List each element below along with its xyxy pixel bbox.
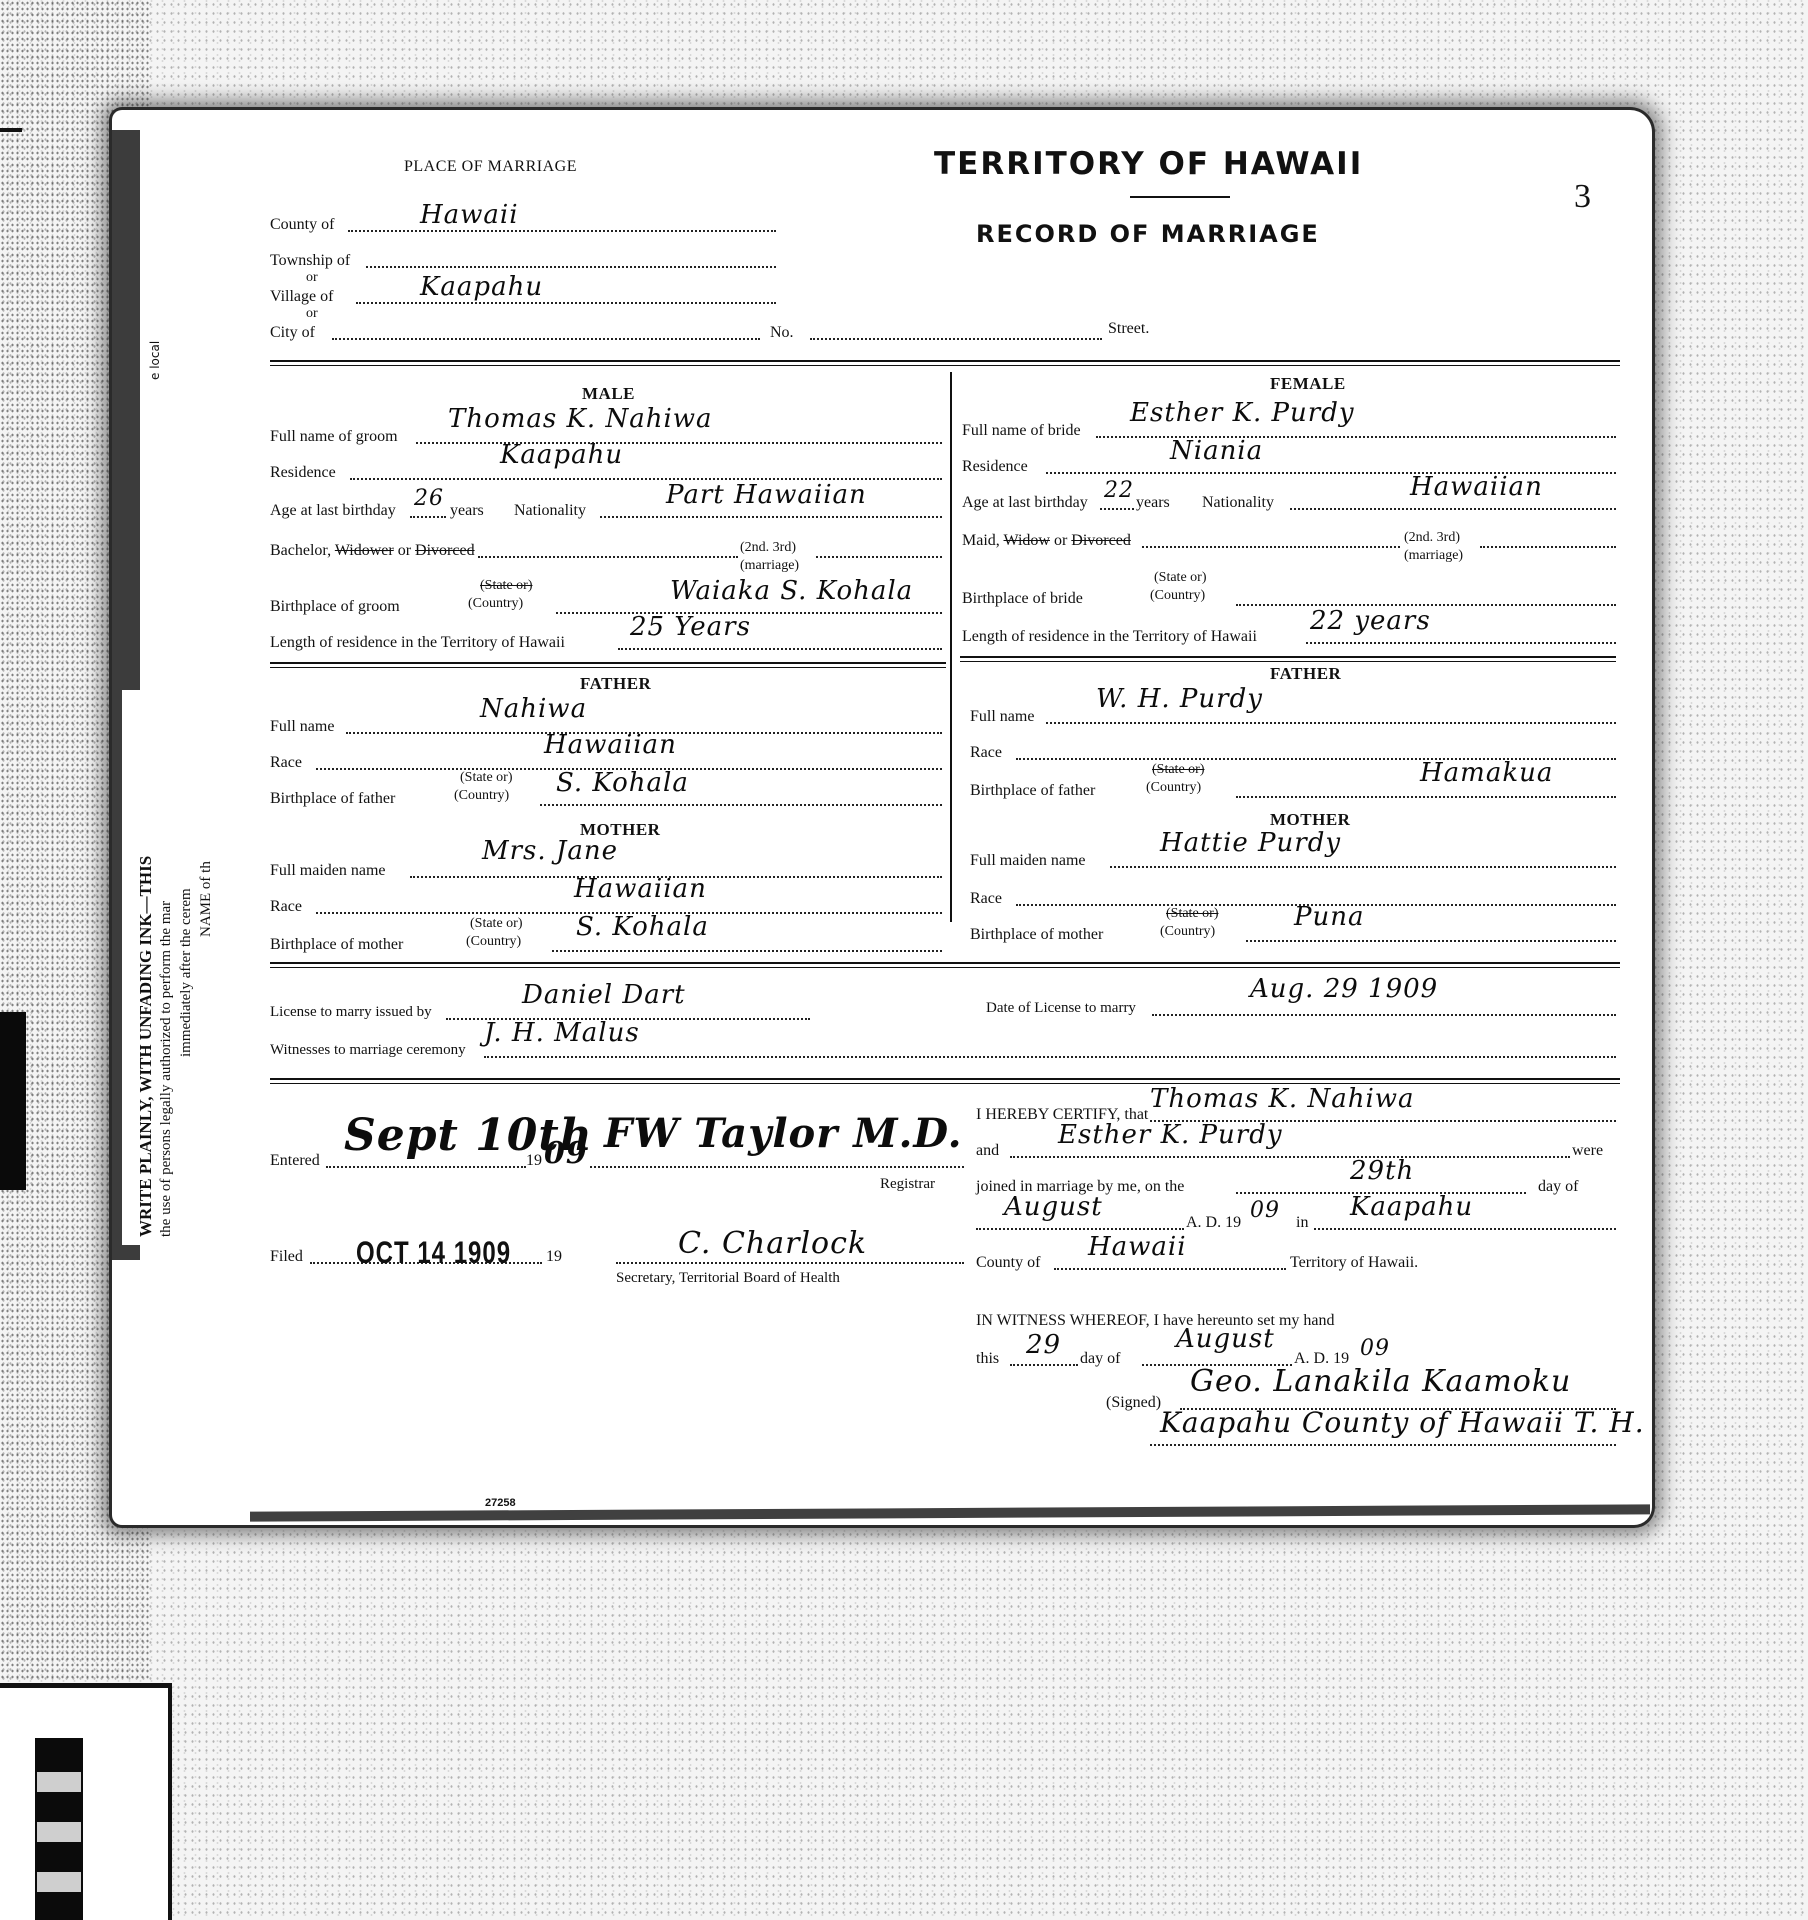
or-label: or (306, 270, 318, 286)
groom-mother-race-value: Hawaiian (574, 874, 707, 904)
section-divider (270, 662, 946, 668)
groom-age-value: 26 (414, 486, 444, 511)
witnesses-value: J. H. Malus (484, 1018, 640, 1048)
bride-father-heading: FATHER (1270, 664, 1341, 684)
margin-fragment: e local (148, 330, 168, 390)
witness-year-value: 09 (1360, 1336, 1390, 1361)
in-label: in (1296, 1214, 1308, 1232)
male-heading: MALE (582, 384, 635, 404)
groom-residence-length-line (618, 646, 942, 650)
witness-month-value: August (1176, 1324, 1275, 1354)
bride-father-race-label: Race (970, 744, 1002, 762)
bride-father-name-value: W. H. Purdy (1096, 684, 1263, 714)
secretary-signature: C. Charlock (678, 1226, 867, 1261)
bride-father-name-label: Full name (970, 708, 1034, 726)
bride-nationality-value: Hawaiian (1410, 472, 1543, 502)
bride-residence-length-value: 22 years (1310, 606, 1431, 636)
calibration-target (0, 1683, 172, 1920)
female-heading: FEMALE (1270, 374, 1346, 394)
marriage-order-line (816, 554, 942, 558)
gray-scale-swatch (35, 1738, 83, 1920)
certify-place-line (1314, 1226, 1616, 1230)
were-label: were (1572, 1142, 1603, 1160)
bride-residence-length-line (1306, 640, 1616, 644)
witness-day-value: 29 (1026, 1330, 1061, 1360)
marriage-label: (marriage) (740, 558, 799, 574)
country-label: (Country) (1160, 924, 1215, 940)
document-subtitle: RECORD OF MARRIAGE (976, 220, 1320, 248)
groom-name-label: Full name of groom (270, 428, 398, 446)
secretary-label: Secretary, Territorial Board of Health (616, 1270, 840, 1287)
bride-name-label: Full name of bride (962, 422, 1081, 440)
in-witness-label: IN WITNESS WHEREOF, I have hereunto set … (976, 1312, 1335, 1330)
state-or-label: (State or) (1154, 570, 1206, 586)
village-label: Village of (270, 288, 333, 306)
license-issuer-value: Daniel Dart (522, 980, 686, 1010)
years-label: years (450, 502, 484, 520)
street-label: Street. (1108, 320, 1149, 338)
bride-father-birthplace-value: Hamakua (1420, 758, 1553, 788)
groom-father-heading: FATHER (580, 674, 651, 694)
side-notice-line: the use of persons legally authorized to… (156, 682, 176, 1237)
state-or-label: (State or) (1166, 906, 1218, 922)
registrar-label: Registrar (880, 1176, 935, 1193)
bride-birthplace-label: Birthplace of bride (962, 590, 1083, 608)
certify-day-value: 29th (1350, 1156, 1414, 1186)
groom-father-name-label: Full name (270, 718, 334, 736)
groom-father-birthplace-label: Birthplace of father (270, 790, 395, 808)
country-label: (Country) (1150, 588, 1205, 604)
witness-day-line (1010, 1362, 1078, 1366)
groom-residence-length-label: Length of residence in the Territory of … (270, 634, 565, 652)
bride-mother-name-line (1110, 864, 1616, 868)
serial-number: 27258 (485, 1497, 516, 1509)
officiant-place: Kaapahu County of Hawaii T. H. (1160, 1406, 1645, 1439)
groom-mother-name-label: Full maiden name (270, 862, 386, 880)
this-label: this (976, 1350, 999, 1368)
officiant-place-line (1150, 1442, 1616, 1446)
license-date-value: Aug. 29 1909 (1250, 974, 1438, 1004)
officiant-signature: Geo. Lanakila Kaamoku (1190, 1364, 1571, 1399)
license-date-line (1152, 1012, 1616, 1016)
years-label: years (1136, 494, 1170, 512)
groom-age-line (410, 514, 446, 518)
swatch-band (37, 1822, 81, 1842)
scan-edge-mark (0, 128, 22, 132)
marriage-order-label: (2nd. 3rd) (1404, 530, 1460, 546)
groom-mother-birthplace-label: Birthplace of mother (270, 936, 403, 954)
bride-mother-birthplace-label: Birthplace of mother (970, 926, 1103, 944)
bride-mother-birthplace-value: Puna (1294, 902, 1365, 932)
witnesses-label: Witnesses to marriage ceremony (270, 1042, 466, 1059)
certify-county-line (1054, 1266, 1286, 1270)
scan-black-tab (0, 1012, 26, 1190)
bride-residence-label: Residence (962, 458, 1028, 476)
certify-county-label: County of (976, 1254, 1040, 1272)
number-field-line (810, 336, 1102, 340)
day-of-label: day of (1538, 1178, 1578, 1196)
bride-nationality-label: Nationality (1202, 494, 1274, 512)
groom-status-line (478, 554, 738, 558)
and-label: and (976, 1142, 999, 1160)
state-or-label: (State or) (480, 578, 532, 594)
groom-father-race-label: Race (270, 754, 302, 772)
territory-label: Territory of Hawaii. (1290, 1254, 1418, 1272)
bride-residence-value: Niania (1170, 436, 1263, 466)
signed-label: (Signed) (1106, 1394, 1161, 1412)
groom-father-name-value: Nahiwa (480, 694, 587, 724)
section-divider (270, 1078, 1620, 1084)
swatch-band (37, 1872, 81, 1892)
place-of-marriage-heading: PLACE OF MARRIAGE (404, 158, 577, 176)
groom-mother-race-label: Race (270, 898, 302, 916)
filed-label: Filed (270, 1248, 303, 1266)
bride-status-label: Maid, Widow or Divorced (962, 532, 1131, 550)
bride-age-line (1100, 506, 1134, 510)
groom-residence-value: Kaapahu (500, 440, 623, 470)
county-field-line (348, 228, 776, 232)
registrar-signature-line (590, 1164, 964, 1168)
number-label: No. (770, 324, 794, 342)
section-divider (960, 656, 1616, 662)
certify-groom-value: Thomas K. Nahiwa (1150, 1084, 1415, 1114)
document-title: TERRITORY OF HAWAII (934, 146, 1363, 182)
side-notice-line: NAME of th (196, 682, 216, 1237)
groom-mother-name-value: Mrs. Jane (482, 836, 618, 866)
groom-father-birthplace-line (540, 802, 942, 806)
marriage-label: (marriage) (1404, 548, 1463, 564)
groom-nationality-line (600, 514, 942, 518)
ad-label: A. D. 19 (1186, 1214, 1241, 1232)
filed-year-prefix: 19 (546, 1248, 562, 1266)
bride-mother-name-value: Hattie Purdy (1160, 828, 1341, 858)
witness-day-of-label: day of (1080, 1350, 1120, 1368)
groom-residence-length-value: 25 Years (630, 612, 751, 642)
bride-age-label: Age at last birthday (962, 494, 1088, 512)
country-label: (Country) (466, 934, 521, 950)
license-issuer-label: License to marry issued by (270, 1004, 432, 1021)
groom-name-value: Thomas K. Nahiwa (448, 404, 713, 434)
groom-mother-birthplace-line (552, 948, 942, 952)
bride-father-birthplace-line (1236, 794, 1616, 798)
state-or-label: (State or) (470, 916, 522, 932)
certify-bride-value: Esther K. Purdy (1058, 1120, 1283, 1150)
bride-residence-length-label: Length of residence in the Territory of … (962, 628, 1257, 646)
groom-birthplace-label: Birthplace of groom (270, 598, 400, 616)
bride-mother-name-label: Full maiden name (970, 852, 1086, 870)
bride-nationality-line (1290, 506, 1616, 510)
registrar-signature: FW Taylor M.D. (604, 1110, 963, 1157)
side-notice-text: WRITE PLAINLY, WITH UNFADING INK—THIS th… (122, 682, 232, 1245)
side-notice-line: WRITE PLAINLY, WITH UNFADING INK—THIS (136, 682, 156, 1237)
side-notice-line: immediately after the cerem (176, 682, 196, 1237)
entered-label: Entered (270, 1152, 320, 1170)
certify-bride-line (1010, 1154, 1570, 1158)
witnesses-line (484, 1054, 1616, 1058)
state-or-label: (State or) (460, 770, 512, 786)
or-label: or (306, 306, 318, 322)
bride-mother-heading: MOTHER (1270, 810, 1350, 830)
county-label: County of (270, 216, 334, 234)
groom-age-label: Age at last birthday (270, 502, 396, 520)
marriage-record-form: TERRITORY OF HAWAII RECORD OF MARRIAGE P… (270, 140, 1630, 1530)
groom-nationality-label: Nationality (514, 502, 586, 520)
certify-month-value: August (1004, 1192, 1103, 1222)
country-label: (Country) (468, 596, 523, 612)
township-label: Township of (270, 252, 350, 270)
city-label: City of (270, 324, 315, 342)
groom-status-label: Bachelor, Widower or Divorced (270, 542, 475, 560)
city-field-line (332, 336, 760, 340)
side-notice-strip: WRITE PLAINLY, WITH UNFADING INK—THIS th… (122, 690, 232, 1245)
bride-father-name-line (1046, 720, 1616, 724)
certify-year-value: 09 (1250, 1198, 1280, 1223)
groom-name-line (416, 440, 942, 444)
certify-county-value: Hawaii (1088, 1232, 1187, 1262)
marriage-order-label: (2nd. 3rd) (740, 540, 796, 556)
groom-birthplace-value: Waiaka S. Kohala (670, 576, 913, 606)
groom-father-birthplace-value: S. Kohala (556, 768, 689, 798)
village-field-line (356, 300, 776, 304)
village-value: Kaapahu (420, 272, 543, 302)
bride-mother-race-label: Race (970, 890, 1002, 908)
certify-month-line (976, 1226, 1184, 1230)
groom-residence-label: Residence (270, 464, 336, 482)
section-divider (270, 360, 1620, 366)
entered-year-value: 09 (544, 1136, 588, 1171)
license-date-label: Date of License to marry (986, 1000, 1136, 1017)
filed-date-stamp: OCT 14 1909 (356, 1236, 511, 1272)
bride-age-value: 22 (1104, 478, 1134, 503)
bride-name-value: Esther K. Purdy (1130, 398, 1355, 428)
entered-line (326, 1164, 526, 1168)
swatch-band (37, 1772, 81, 1792)
marriage-order-line (1480, 544, 1616, 548)
township-field-line (366, 264, 776, 268)
groom-mother-birthplace-value: S. Kohala (576, 912, 709, 942)
section-divider (270, 962, 1620, 968)
country-label: (Country) (454, 788, 509, 804)
groom-nationality-value: Part Hawaiian (666, 480, 867, 510)
country-label: (Country) (1146, 780, 1201, 796)
bride-father-birthplace-label: Birthplace of father (970, 782, 1095, 800)
title-divider (1130, 196, 1230, 198)
certify-place-value: Kaapahu (1350, 1192, 1473, 1222)
bride-status-line (1142, 544, 1400, 548)
county-value: Hawaii (420, 200, 519, 230)
state-or-label: (State or) (1152, 762, 1204, 778)
groom-father-race-value: Hawaiian (544, 730, 677, 760)
bride-mother-birthplace-line (1246, 938, 1616, 942)
entered-year-prefix: 19 (526, 1152, 542, 1170)
column-divider (950, 372, 952, 922)
